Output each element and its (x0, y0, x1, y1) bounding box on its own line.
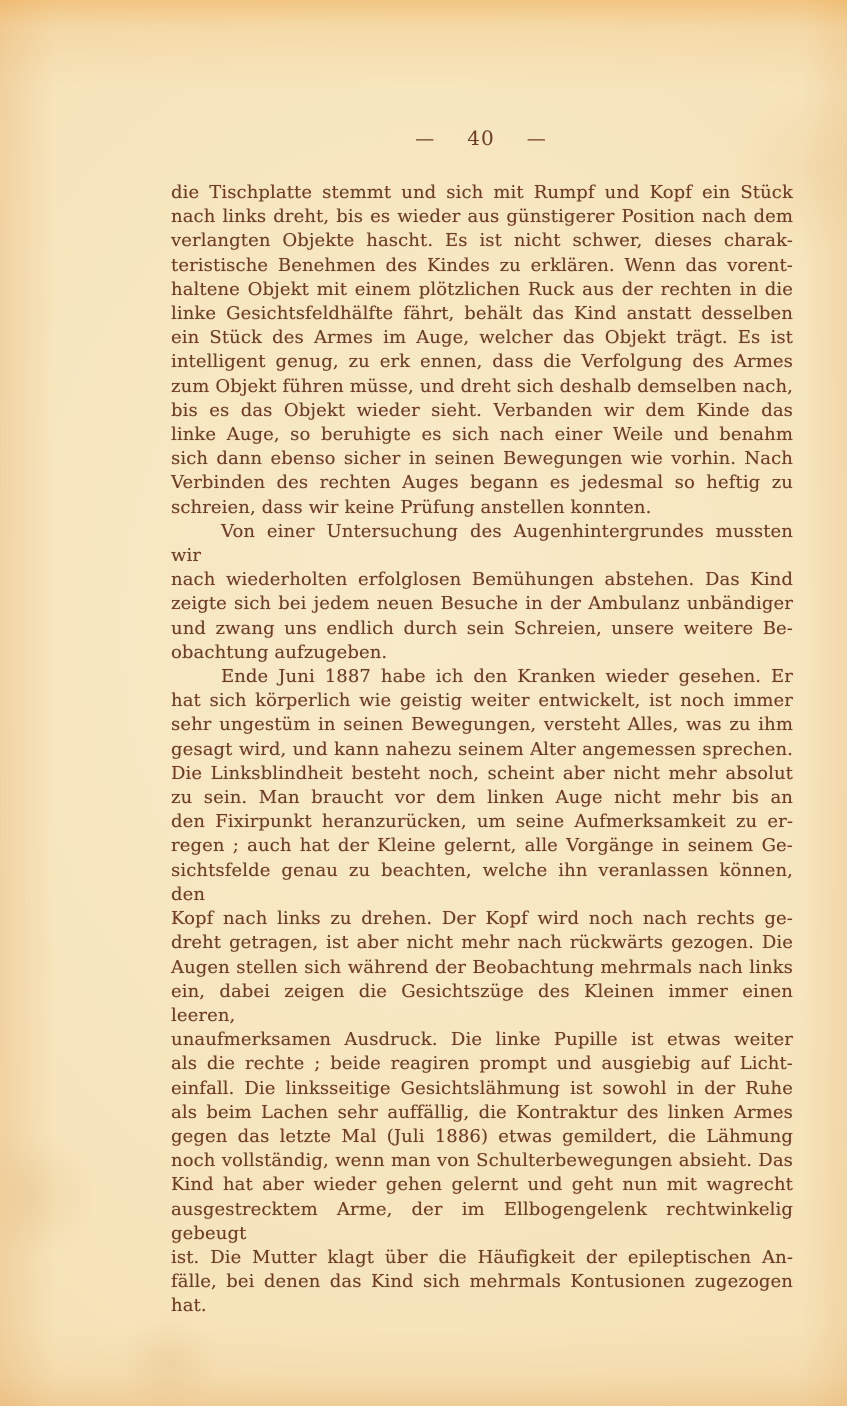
text-line: einfall. Die linksseitige Gesichtslähmun… (171, 1077, 793, 1101)
text-line: und zwang uns endlich durch sein Schreie… (171, 617, 793, 641)
paragraph: Ende Juni 1887 habe ich den Kranken wied… (171, 665, 793, 1318)
text-line: haltene Objekt mit einem plötzlichen Ruc… (171, 278, 793, 302)
text-line: Ende Juni 1887 habe ich den Kranken wied… (171, 665, 793, 689)
text-line: als beim Lachen sehr auffällig, die Kont… (171, 1101, 793, 1125)
paragraph: die Tischplatte stemmt und sich mit Rump… (171, 181, 793, 520)
text-line: verlangten Objekte hascht. Es ist nicht … (171, 229, 793, 253)
text-line: linke Gesichtsfeldhälfte fährt, behält d… (171, 302, 793, 326)
text-line: ist. Die Mutter klagt über die Häufigkei… (171, 1246, 793, 1270)
header-dash-right: — (527, 128, 547, 150)
text-line: obachtung aufzugeben. (171, 641, 793, 665)
text-line: intelligent genug, zu erk ennen, dass di… (171, 350, 793, 374)
text-line: nach wiederholten erfolglosen Bemühungen… (171, 568, 793, 592)
text-line: die Tischplatte stemmt und sich mit Rump… (171, 181, 793, 205)
text-line: linke Auge, so beruhigte es sich nach ei… (171, 423, 793, 447)
text-line: hat sich körperlich wie geistig weiter e… (171, 689, 793, 713)
scanned-book-page: — 40 — die Tischplatte stemmt und sich m… (0, 0, 847, 1406)
text-line: Verbinden des rechten Auges begann es je… (171, 471, 793, 495)
page-body: die Tischplatte stemmt und sich mit Rump… (171, 181, 793, 1319)
text-line: Augen stellen sich während der Beobachtu… (171, 956, 793, 980)
text-line: Kind hat aber wieder gehen gelernt und g… (171, 1173, 793, 1197)
text-line: zu sein. Man braucht vor dem linken Auge… (171, 786, 793, 810)
text-line: den Fixirpunkt heranzurücken, um seine A… (171, 810, 793, 834)
text-line: zeigte sich bei jedem neuen Besuche in d… (171, 592, 793, 616)
text-line: sichtsfelde genau zu beachten, welche ih… (171, 859, 793, 907)
text-line: fälle, bei denen das Kind sich mehrmals … (171, 1270, 793, 1318)
text-line: ein Stück des Armes im Auge, welcher das… (171, 326, 793, 350)
text-line: sich dann ebenso sicher in seinen Bewegu… (171, 447, 793, 471)
paragraph: Von einer Untersuchung des Augenhintergr… (171, 520, 793, 665)
text-line: als die rechte ; beide reagiren prompt u… (171, 1052, 793, 1076)
text-line: Kopf nach links zu drehen. Der Kopf wird… (171, 907, 793, 931)
header-dash-left: — (415, 128, 435, 150)
text-line: noch vollständig, wenn man von Schulterb… (171, 1149, 793, 1173)
text-line: nach links dreht, bis es wieder aus güns… (171, 205, 793, 229)
text-line: gegen das letzte Mal (Juli 1886) etwas g… (171, 1125, 793, 1149)
text-line: regen ; auch hat der Kleine gelernt, all… (171, 834, 793, 858)
text-line: bis es das Objekt wieder sieht. Verbande… (171, 399, 793, 423)
page-header: — 40 — (170, 126, 792, 150)
text-line: zum Objekt führen müsse, und dreht sich … (171, 375, 793, 399)
text-line: ausgestrecktem Arme, der im Ellbogengele… (171, 1198, 793, 1246)
text-line: Von einer Untersuchung des Augenhintergr… (171, 520, 793, 568)
page-number: 40 (467, 126, 494, 150)
text-line: unaufmerksamen Ausdruck. Die linke Pupil… (171, 1028, 793, 1052)
text-line: teristische Benehmen des Kindes zu erklä… (171, 254, 793, 278)
text-line: schreien, dass wir keine Prüfung anstell… (171, 496, 793, 520)
text-line: ein, dabei zeigen die Gesichtszüge des K… (171, 980, 793, 1028)
text-line: sehr ungestüm in seinen Bewegungen, vers… (171, 713, 793, 737)
text-line: Die Linksblindheit besteht noch, scheint… (171, 762, 793, 786)
text-line: gesagt wird, und kann nahezu seinem Alte… (171, 738, 793, 762)
text-line: dreht getragen, ist aber nicht mehr nach… (171, 931, 793, 955)
